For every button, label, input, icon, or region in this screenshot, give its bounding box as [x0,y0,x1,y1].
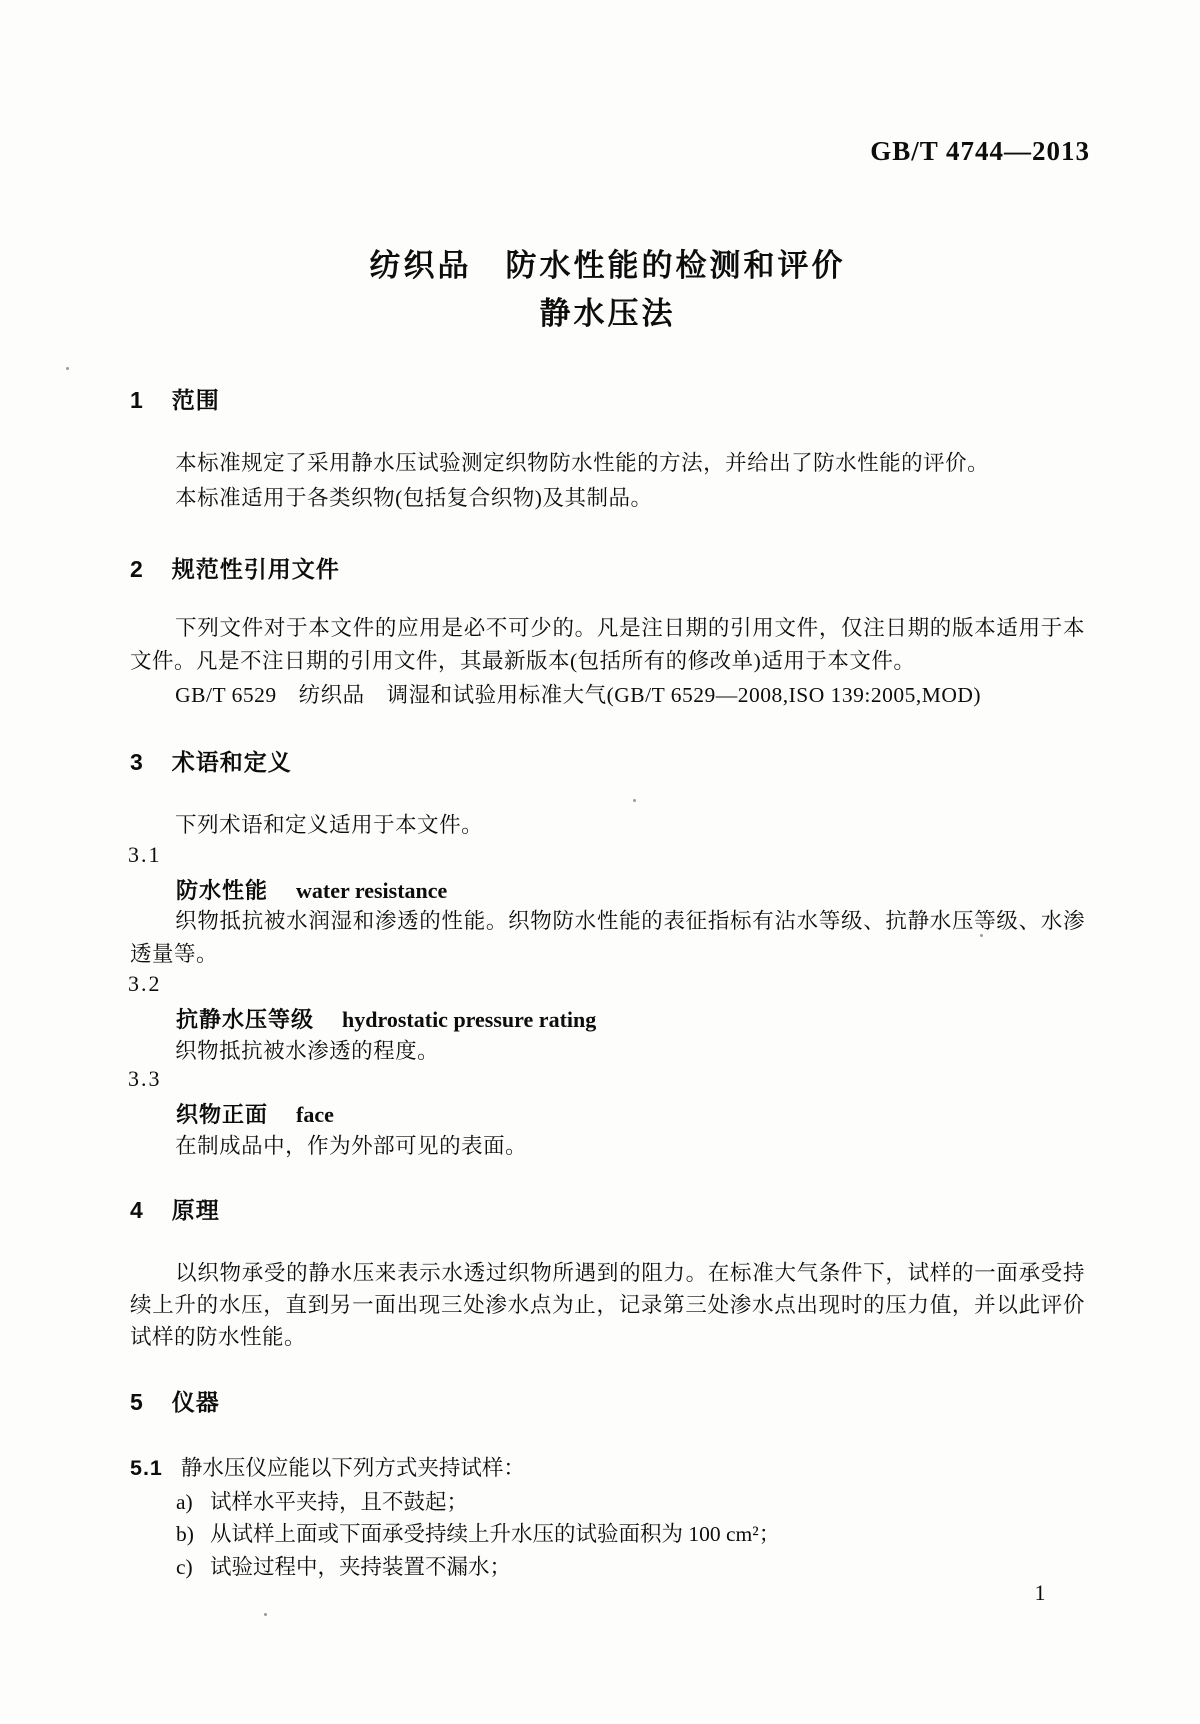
document-page: GB/T 4744—2013 纺织品 防水性能的检测和评价 静水压法 1范围 本… [0,0,1200,1724]
section-title: 原理 [172,1197,220,1223]
term-english: hydrostatic pressure rating [342,1007,596,1032]
term-chinese: 抗静水压等级 [176,1007,314,1032]
list-item-label: c) [176,1555,210,1580]
terms-intro: 下列术语和定义适用于本文件。 [130,809,1085,842]
term-english: water resistance [296,878,447,903]
clause-5-1: 5.1静水压仪应能以下列方式夹持试样： [130,1451,525,1482]
references-paragraph: 下列文件对于本文件的应用是必不可少的。凡是注日期的引用文件，仅注日期的版本适用于… [130,612,1085,678]
term-chinese: 防水性能 [176,878,268,903]
document-subtitle: 静水压法 [130,288,1085,333]
section-heading-scope: 1范围 [130,382,220,415]
document-title: 纺织品 防水性能的检测和评价 [130,240,1085,285]
section-title: 规范性引用文件 [172,556,340,582]
section-title: 仪器 [172,1389,220,1415]
section-heading-principle: 4原理 [130,1192,220,1225]
list-item-text: 从试样上面或下面承受持续上升水压的试验面积为 100 cm²； [210,1522,780,1546]
list-item-text: 试样水平夹持，且不鼓起； [210,1490,468,1514]
term-entry: 织物正面face [176,1098,334,1129]
scan-speck [633,799,636,802]
term-number: 3.3 [128,1066,162,1092]
clause-number: 5.1 [130,1456,163,1480]
section-title: 术语和定义 [172,749,292,775]
list-item-c: c)试验过程中，夹持装置不漏水； [176,1550,511,1581]
principle-paragraph: 以织物承受的静水压来表示水透过织物所遇到的阻力。在标准大气条件下，试样的一面承受… [130,1257,1085,1353]
term-definition: 在制成品中，作为外部可见的表面。 [130,1130,1085,1163]
section-number: 3 [130,749,144,775]
standard-code: GB/T 4744—2013 [0,136,1090,167]
section-heading-references: 2规范性引用文件 [130,551,340,584]
list-item-a: a)试样水平夹持，且不鼓起； [176,1485,468,1516]
section-heading-terms: 3术语和定义 [130,744,292,777]
term-number: 3.2 [128,971,162,997]
section-number: 5 [130,1389,144,1415]
reference-entry: GB/T 6529 纺织品 调湿和试验用标准大气(GB/T 6529—2008,… [130,679,1085,712]
list-item-text: 试验过程中，夹持装置不漏水； [210,1555,511,1579]
term-definition: 织物抵抗被水润湿和渗透的性能。织物防水性能的表征指标有沾水等级、抗静水压等级、水… [130,905,1085,971]
scope-paragraph-1: 本标准规定了采用静水压试验测定织物防水性能的方法，并给出了防水性能的评价。 [130,447,1085,480]
term-entry: 防水性能water resistance [176,874,447,905]
scan-speck [66,367,69,370]
term-number: 3.1 [128,842,162,868]
term-entry: 抗静水压等级hydrostatic pressure rating [176,1003,596,1034]
section-heading-apparatus: 5仪器 [130,1384,220,1417]
section-title: 范围 [172,387,220,413]
term-chinese: 织物正面 [176,1102,268,1127]
section-number: 2 [130,556,144,582]
clause-text: 静水压仪应能以下列方式夹持试样： [181,1456,525,1480]
list-item-b: b)从试样上面或下面承受持续上升水压的试验面积为 100 cm²； [176,1517,780,1548]
scan-speck [980,934,983,937]
list-item-label: a) [176,1490,210,1515]
scan-speck [264,1613,267,1616]
section-number: 4 [130,1197,144,1223]
page-number: 1 [1028,1580,1052,1606]
list-item-label: b) [176,1522,210,1547]
term-english: face [296,1102,334,1127]
term-definition: 织物抵抗被水渗透的程度。 [130,1035,1085,1068]
section-number: 1 [130,387,144,413]
scope-paragraph-2: 本标准适用于各类织物(包括复合织物)及其制品。 [130,482,1085,515]
